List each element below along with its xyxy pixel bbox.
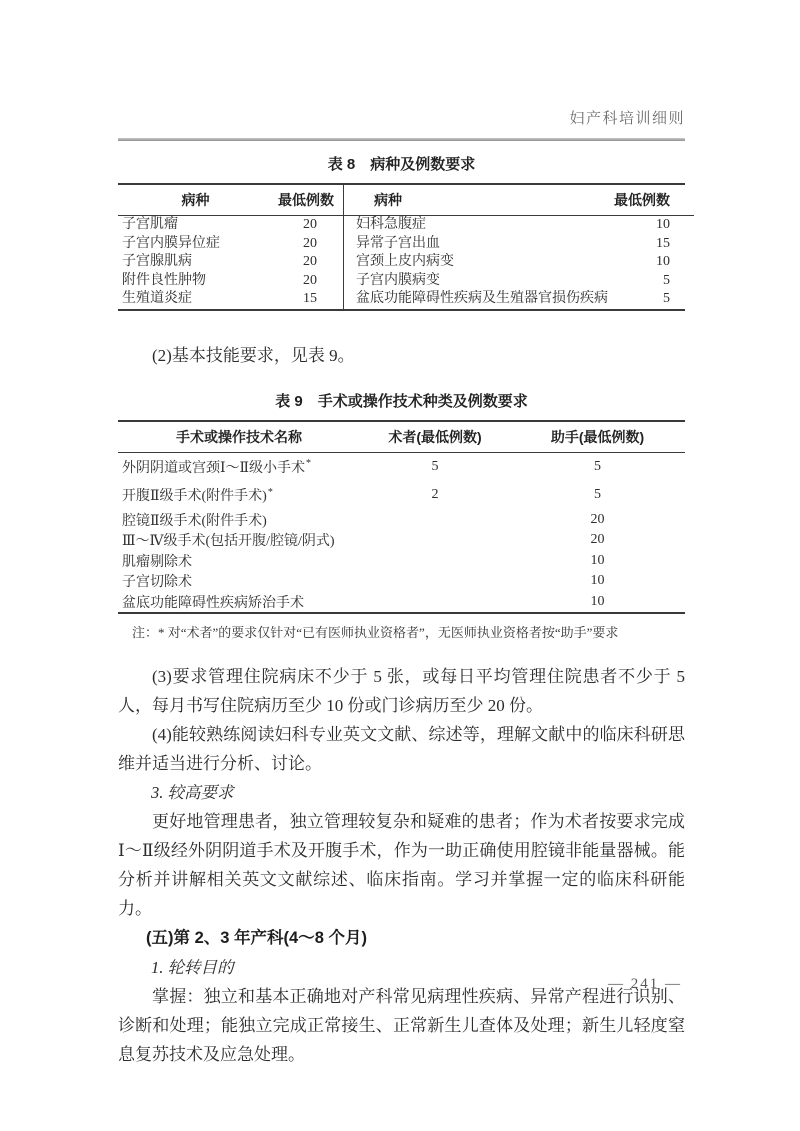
- table-row: 子宫内膜异位症 20: [118, 235, 343, 254]
- case-count-cell: 20: [277, 216, 343, 235]
- running-header: 妇产科培训细则: [118, 110, 685, 128]
- disease-name-cell: 盆底功能障碍性疾病及生殖器官损伤疾病: [344, 290, 608, 309]
- table8: 病种 最低例数 子宫肌瘤 20 子宫内膜异位症 20 子宫腺肌病 20 附件良性…: [118, 183, 685, 311]
- assistant-count-cell: 20: [510, 532, 685, 548]
- assistant-count-cell: 10: [510, 573, 685, 589]
- case-count-cell: 20: [277, 272, 343, 291]
- table9-title: 表 9 手术或操作技术种类及例数要求: [118, 392, 685, 412]
- heading-obstetrics-rotation: (五)第 2、3 年产科(4～8 个月): [118, 923, 685, 953]
- table9-header-row: 手术或操作技术名称 术者(最低例数) 助手(最低例数): [118, 422, 685, 453]
- table9-footnote: 注：* 对“术者”的要求仅针对“已有医师执业资格者”，无医师执业资格者按“助手”…: [118, 624, 685, 642]
- table-row: 妇科急腹症 10: [344, 216, 694, 235]
- operation-name-cell: 子宫切除术: [118, 571, 360, 591]
- column-header-disease: 病种: [118, 191, 273, 210]
- heading-higher-requirements: 3. 较高要求: [118, 778, 685, 807]
- disease-name-cell: 附件良性肿物: [118, 272, 277, 291]
- assistant-count-cell: 10: [510, 553, 685, 569]
- asterisk-marker: *: [268, 487, 273, 498]
- operation-name-cell: 外阴阴道或宫颈Ⅰ～Ⅱ级小手术*: [118, 457, 360, 477]
- disease-name-cell: 子宫内膜病变: [344, 272, 608, 291]
- page-content: 妇产科培训细则 表 8 病种及例数要求 病种 最低例数 子宫肌瘤 20 子宫内膜…: [0, 0, 800, 1069]
- column-header-min-cases: 最低例数: [608, 191, 694, 210]
- case-count-cell: 5: [608, 290, 694, 309]
- table-row: 子宫内膜病变 5: [344, 272, 694, 291]
- disease-name-cell: 子宫肌瘤: [118, 216, 277, 235]
- disease-name-cell: 生殖道炎症: [118, 290, 277, 309]
- asterisk-marker: *: [306, 458, 311, 469]
- case-count-cell: 15: [277, 290, 343, 309]
- table-row: 盆底功能障碍性疾病矫治手术 10: [118, 592, 685, 613]
- assistant-count-cell: 5: [510, 487, 685, 503]
- operation-name-cell: 盆底功能障碍性疾病矫治手术: [118, 592, 360, 612]
- operation-name-cell: 开腹Ⅱ级手术(附件手术)*: [118, 485, 360, 505]
- table-row: 子宫腺肌病 20: [118, 253, 343, 272]
- paragraph-bed-management: (3)要求管理住院病床不少于 5 张，或每日平均管理住院患者不少于 5 人，每月…: [118, 662, 685, 720]
- operator-count-cell: 2: [360, 487, 510, 503]
- case-count-cell: 10: [608, 253, 694, 272]
- table-row: 肌瘤剔除术 10: [118, 551, 685, 572]
- table-row: 子宫切除术 10: [118, 571, 685, 592]
- column-header-disease: 病种: [344, 191, 608, 210]
- table8-title: 表 8 病种及例数要求: [118, 155, 685, 175]
- case-count-cell: 10: [608, 216, 694, 235]
- table-row: 生殖道炎症 15: [118, 290, 343, 309]
- table8-right-header-row: 病种 最低例数: [344, 185, 694, 216]
- disease-name-cell: 子宫腺肌病: [118, 253, 277, 272]
- table-row: 腔镜Ⅱ级手术(附件手术) 20: [118, 510, 685, 531]
- assistant-count-cell: 5: [510, 459, 685, 475]
- table-row: 盆底功能障碍性疾病及生殖器官损伤疾病 5: [344, 290, 694, 309]
- heading-rotation-purpose: 1. 轮转目的: [118, 953, 685, 982]
- table-row: 宫颈上皮内病变 10: [344, 253, 694, 272]
- disease-name-cell: 宫颈上皮内病变: [344, 253, 608, 272]
- assistant-count-cell: 10: [510, 594, 685, 610]
- table-row: 附件良性肿物 20: [118, 272, 343, 291]
- document-page: 妇产科培训细则 表 8 病种及例数要求 病种 最低例数 子宫肌瘤 20 子宫内膜…: [0, 0, 800, 1131]
- table8-left-half: 病种 最低例数 子宫肌瘤 20 子宫内膜异位症 20 子宫腺肌病 20 附件良性…: [118, 185, 343, 309]
- column-header-min-cases: 最低例数: [273, 191, 339, 210]
- disease-name-cell: 异常子宫出血: [344, 235, 608, 254]
- column-header-assistant-min: 助手(最低例数): [510, 427, 685, 447]
- disease-name-cell: 妇科急腹症: [344, 216, 608, 235]
- case-count-cell: 20: [277, 253, 343, 272]
- case-count-cell: 20: [277, 235, 343, 254]
- table-row: 异常子宫出血 15: [344, 235, 694, 254]
- header-rule: [118, 138, 685, 141]
- operation-name-cell: 肌瘤剔除术: [118, 551, 360, 571]
- table-row: 子宫肌瘤 20: [118, 216, 343, 235]
- operation-name-cell: 腔镜Ⅱ级手术(附件手术): [118, 510, 360, 530]
- operation-name-cell: Ⅲ～Ⅳ级手术(包括开腹/腔镜/阴式): [118, 530, 360, 550]
- paragraph-english-literature: (4)能较熟练阅读妇科专业英文文献、综述等，理解文献中的临床科研思维并适当进行分…: [118, 720, 685, 778]
- table9: 手术或操作技术名称 术者(最低例数) 助手(最低例数) 外阴阴道或宫颈Ⅰ～Ⅱ级小…: [118, 420, 685, 615]
- assistant-count-cell: 20: [510, 512, 685, 528]
- table-row: Ⅲ～Ⅳ级手术(包括开腹/腔镜/阴式) 20: [118, 530, 685, 551]
- column-header-operation-name: 手术或操作技术名称: [118, 427, 360, 447]
- paragraph-rotation-purpose: 掌握：独立和基本正确地对产科常见病理性疾病、异常产程进行识别、诊断和处理；能独立…: [118, 982, 685, 1069]
- case-count-cell: 15: [608, 235, 694, 254]
- paragraph-higher-requirements: 更好地管理患者，独立管理较复杂和疑难的患者；作为术者按要求完成Ⅰ～Ⅱ级经外阴阴道…: [118, 807, 685, 923]
- table8-left-header-row: 病种 最低例数: [118, 185, 343, 216]
- page-number: — 241 —: [608, 976, 682, 993]
- column-header-operator-min: 术者(最低例数): [360, 427, 510, 447]
- table-row: 外阴阴道或宫颈Ⅰ～Ⅱ级小手术* 5 5: [118, 453, 685, 482]
- disease-name-cell: 子宫内膜异位症: [118, 235, 277, 254]
- paragraph-basic-skills: (2)基本技能要求，见表 9。: [118, 341, 685, 370]
- case-count-cell: 5: [608, 272, 694, 291]
- table8-right-half: 病种 最低例数 妇科急腹症 10 异常子宫出血 15 宫颈上皮内病变 10 子宫…: [343, 185, 694, 309]
- table-row: 开腹Ⅱ级手术(附件手术)* 2 5: [118, 481, 685, 510]
- operator-count-cell: 5: [360, 459, 510, 475]
